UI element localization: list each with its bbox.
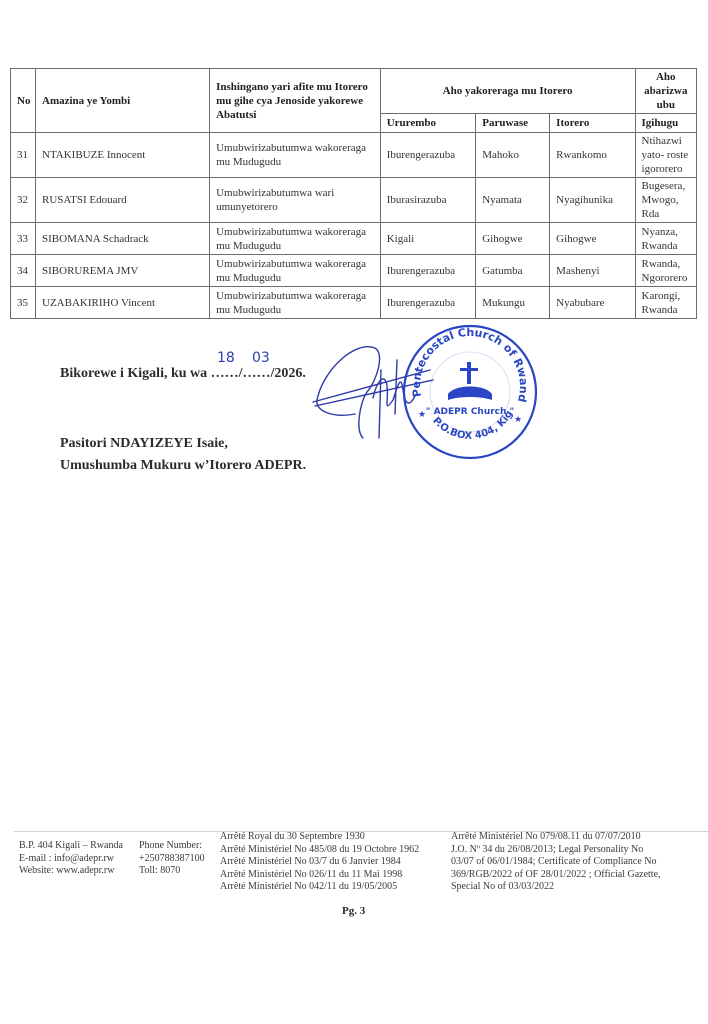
cell-church: Nyabubare xyxy=(550,287,635,319)
footer-line-decrees: Arrêté Ministériel No 03/7 du 6 Janvier … xyxy=(220,856,419,869)
header-name: Amazina ye Yombi xyxy=(36,69,210,133)
cell-country: Ntihazwi yato- roste igororero xyxy=(635,133,696,178)
cell-parish: Nyamata xyxy=(476,178,550,223)
cell-role: Umubwirizabutumwa wakoreraga mu Mudugudu xyxy=(210,255,381,287)
footer-line-contact: Website: www.adepr.rw xyxy=(19,865,123,878)
cell-country: Nyanza, Rwanda xyxy=(635,223,696,255)
page-number: Pg. 3 xyxy=(342,905,365,917)
footer-line-legal: Arrêté Ministériel No 079/08.11 du 07/07… xyxy=(451,831,661,844)
cell-role: Umubwirizabutumwa wakoreraga mu Mudugudu xyxy=(210,133,381,178)
table-header-row: No Amazina ye Yombi Inshingano yari afit… xyxy=(11,69,697,114)
handwritten-month: 03 xyxy=(252,350,270,366)
footer-phone: Phone Number:+250788387100Toll: 8070 xyxy=(139,840,205,878)
cell-church: Nyagihunika xyxy=(550,178,635,223)
header-parish: Paruwase xyxy=(476,114,550,133)
cell-church: Rwankomo xyxy=(550,133,635,178)
church-stamp: Pentecostal Church of Rwanda P.O.BOX 404… xyxy=(400,322,540,462)
cell-province: Iburengerazuba xyxy=(380,133,476,178)
footer-line-legal: 369/RGB/2022 of OF 28/01/2022 ; Official… xyxy=(451,869,661,882)
cell-country: Karongi, Rwanda xyxy=(635,287,696,319)
cell-country: Rwanda, Ngororero xyxy=(635,255,696,287)
footer-line-decrees: Arrêté Ministériel No 042/11 du 19/05/20… xyxy=(220,881,419,894)
footer-line-phone: Toll: 8070 xyxy=(139,865,205,878)
cell-no: 33 xyxy=(11,223,36,255)
footer-line-contact: E-mail : info@adepr.rw xyxy=(19,853,123,866)
cell-parish: Mukungu xyxy=(476,287,550,319)
cell-role: Umubwirizabutumwa wakoreraga mu Mudugudu xyxy=(210,223,381,255)
footer-line-phone: Phone Number: xyxy=(139,840,205,853)
footer-line-decrees: Arrêté Ministériel No 485/08 du 19 Octob… xyxy=(220,844,419,857)
cell-church: Gihogwe xyxy=(550,223,635,255)
table-row: 35UZABAKIRIHO VincentUmubwirizabutumwa w… xyxy=(11,287,697,319)
cell-role: Umubwirizabutumwa wari umunyetorero xyxy=(210,178,381,223)
footer-line-decrees: Arrêté Ministériel No 026/11 du 11 Mai 1… xyxy=(220,869,419,882)
header-church: Itorero xyxy=(550,114,635,133)
cell-no: 34 xyxy=(11,255,36,287)
cell-parish: Gatumba xyxy=(476,255,550,287)
cell-province: Iburasirazuba xyxy=(380,178,476,223)
cell-name: SIBORUREMA JMV xyxy=(36,255,210,287)
cell-no: 35 xyxy=(11,287,36,319)
header-workplace-group: Aho yakoreraga mu Itorero xyxy=(380,69,635,114)
footer-line-phone: +250788387100 xyxy=(139,853,205,866)
table-row: 34SIBORUREMA JMVUmubwirizabutumwa wakore… xyxy=(11,255,697,287)
footer-line-legal: J.O. Nº 34 du 26/08/2013; Legal Personal… xyxy=(451,844,661,857)
footer-line-legal: Special No of 03/03/2022 xyxy=(451,881,661,894)
footer-legal: Arrêté Ministériel No 079/08.11 du 07/07… xyxy=(451,831,661,894)
header-residence-group: Aho abarizwa ubu xyxy=(635,69,696,114)
cell-parish: Gihogwe xyxy=(476,223,550,255)
header-no: No xyxy=(11,69,36,133)
header-province: Ururembo xyxy=(380,114,476,133)
table-row: 33SIBOMANA SchadrackUmubwirizabutumwa wa… xyxy=(11,223,697,255)
cell-role: Umubwirizabutumwa wakoreraga mu Mudugudu xyxy=(210,287,381,319)
header-country: Igihugu xyxy=(635,114,696,133)
table-row: 31NTAKIBUZE InnocentUmubwirizabutumwa wa… xyxy=(11,133,697,178)
cell-church: Mashenyi xyxy=(550,255,635,287)
footer-line-decrees: Arrêté Royal du 30 Septembre 1930 xyxy=(220,831,419,844)
cell-name: SIBOMANA Schadrack xyxy=(36,223,210,255)
cell-no: 31 xyxy=(11,133,36,178)
cross-bible-icon xyxy=(448,362,492,400)
cell-province: Iburengerazuba xyxy=(380,255,476,287)
cell-province: Kigali xyxy=(380,223,476,255)
cell-name: RUSATSI Edouard xyxy=(36,178,210,223)
cell-name: UZABAKIRIHO Vincent xyxy=(36,287,210,319)
star-left-icon: ★ xyxy=(418,409,426,419)
cell-name: NTAKIBUZE Innocent xyxy=(36,133,210,178)
cell-country: Bugesera, Mwogo, Rda xyxy=(635,178,696,223)
star-right-icon: ★ xyxy=(514,414,522,424)
footer-line-legal: 03/07 of 06/01/1984; Certificate of Comp… xyxy=(451,856,661,869)
cell-no: 32 xyxy=(11,178,36,223)
cell-province: Iburengerazuba xyxy=(380,287,476,319)
stamp-middle-text: " ADEPR Church " xyxy=(426,407,515,417)
staff-table: No Amazina ye Yombi Inshingano yari afit… xyxy=(10,68,697,319)
handwritten-day: 18 xyxy=(217,350,235,366)
date-text: Bikorewe i Kigali, ku wa ……/……/2026. xyxy=(60,366,306,381)
date-line: Bikorewe i Kigali, ku wa ……/……/2026. 18 … xyxy=(60,366,306,382)
table-row: 32RUSATSI EdouardUmubwirizabutumwa wari … xyxy=(11,178,697,223)
signatory-name: Pasitori NDAYIZEYE Isaie, xyxy=(60,436,228,452)
signatory-title: Umushumba Mukuru w’Itorero ADEPR. xyxy=(60,458,306,474)
footer-line-contact: B.P. 404 Kigali – Rwanda xyxy=(19,840,123,853)
footer-contact: B.P. 404 Kigali – RwandaE-mail : info@ad… xyxy=(19,840,123,878)
footer-decrees: Arrêté Royal du 30 Septembre 1930Arrêté … xyxy=(220,831,419,894)
header-role: Inshingano yari afite mu Itorero mu gihe… xyxy=(210,69,381,133)
cell-parish: Mahoko xyxy=(476,133,550,178)
